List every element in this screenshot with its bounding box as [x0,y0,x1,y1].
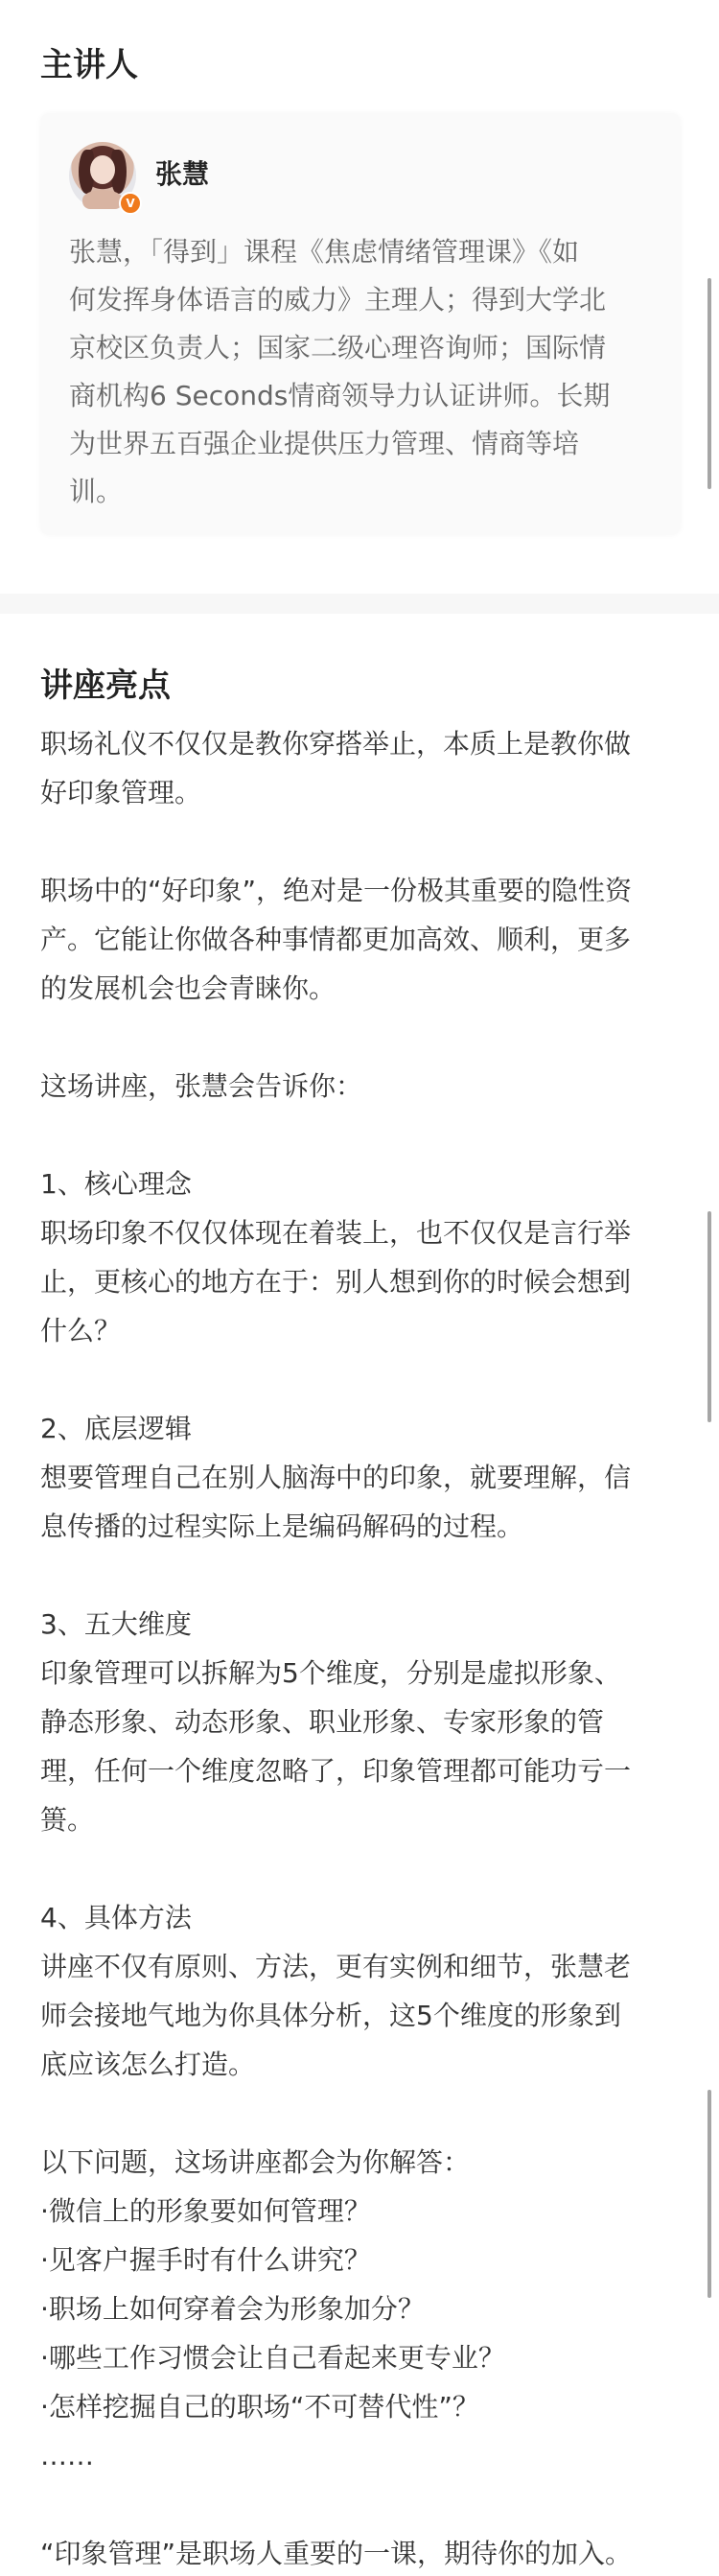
point-heading: 4、具体方法 [40,1893,681,1942]
verified-badge-icon: V [119,192,142,215]
paragraph-line: 好印象管理。 [40,768,681,817]
bio-line: 张慧，「得到」课程《焦虑情绪管理课》《如 [69,228,648,276]
paragraph-line: 的发展机会也会青睐你。 [40,964,681,1013]
paragraph-line: 产。它能让你做各种事情都更加高效、顺利，更多 [40,915,681,964]
avatar-shoulders [82,190,123,209]
question-item: ·职场上如何穿着会为形象加分？ [40,2284,681,2333]
point-heading: 2、底层逻辑 [40,1404,681,1453]
paragraph-line: 职场印象不仅仅体现在着装上，也不仅仅是言行举 [40,1208,681,1257]
blank-line [40,1844,681,1893]
paragraph-line: 息传播的过程实际上是编码解码的过程。 [40,1502,681,1551]
scrollbar-thumb[interactable] [707,1211,711,1422]
bio-line: 京校区负责人；国家二级心理咨询师；国际情 [69,324,648,372]
bio-line: 为世界五百强企业提供压力管理、情商等培 [69,420,648,468]
ellipsis: …… [40,2431,681,2480]
blank-line [40,1013,681,1062]
speaker-name[interactable]: 张慧 [155,157,209,192]
paragraph-line: 静态形象、动态形象、职业形象、专家形象的管 [40,1698,681,1746]
speaker-card[interactable]: V 张慧 张慧，「得到」课程《焦虑情绪管理课》《如 何发挥身体语言的威力》主理人… [40,113,681,535]
scrollbar-thumb[interactable] [707,2090,711,2298]
question-item: ·微信上的形象要如何管理？ [40,2187,681,2236]
blank-line [40,1111,681,1159]
question-item: ·怎样挖掘自己的职场“不可替代性”？ [40,2382,681,2431]
lecture-highlights-body: 职场礼仪不仅仅是教你穿搭举止，本质上是教你做 好印象管理。 职场中的“好印象”，… [40,719,681,2576]
paragraph-line: 理，任何一个维度忽略了，印象管理都可能功亏一 [40,1746,681,1795]
section-divider [0,594,719,614]
paragraph-line: 以下问题，这场讲座都会为你解答： [40,2138,681,2187]
paragraph-line: 止，更核心的地方在于：别人想到你的时候会想到 [40,1257,681,1306]
paragraph-line: 讲座不仅有原则、方法，更有实例和细节，张慧老 [40,1942,681,1991]
paragraph-line: 印象管理可以拆解为5个维度，分别是虚拟形象、 [40,1649,681,1698]
speaker-section-title: 主讲人 [40,44,138,86]
question-item: ·哪些工作习惯会让自己看起来更专业？ [40,2333,681,2382]
paragraph-line: 什么？ [40,1306,681,1355]
paragraph-line: 篑。 [40,1795,681,1844]
paragraph-line: 师会接地气地为你具体分析，这5个维度的形象到 [40,1991,681,2040]
paragraph-line: 职场中的“好印象”，绝对是一份极其重要的隐性资 [40,866,681,915]
bio-line: 何发挥身体语言的威力》主理人；得到大学北 [69,276,648,324]
speaker-avatar[interactable]: V [69,142,136,209]
point-heading: 1、核心理念 [40,1159,681,1208]
blank-line [40,817,681,866]
blank-line [40,2480,681,2529]
paragraph-line: 想要管理自己在别人脑海中的印象，就要理解，信 [40,1453,681,1502]
scrollbar-thumb[interactable] [707,278,711,489]
speaker-bio: 张慧，「得到」课程《焦虑情绪管理课》《如 何发挥身体语言的威力》主理人；得到大学… [69,228,648,516]
lecture-highlights-title: 讲座亮点 [40,665,171,707]
paragraph-line: 这场讲座，张慧会告诉你： [40,1062,681,1111]
blank-line [40,2089,681,2138]
blank-line [40,1551,681,1600]
bio-line: 训。 [69,468,648,516]
bio-line: 商机构6 Seconds情商领导力认证讲师。长期 [69,372,648,420]
point-heading: 3、五大维度 [40,1600,681,1649]
avatar-face [90,155,115,184]
paragraph-line: 底应该怎么打造。 [40,2040,681,2089]
paragraph-line: 职场礼仪不仅仅是教你穿搭举止，本质上是教你做 [40,719,681,768]
question-item: ·见客户握手时有什么讲究？ [40,2236,681,2284]
closing-line: “印象管理”是职场人重要的一课，期待你的加入。 [40,2529,681,2576]
blank-line [40,1355,681,1404]
